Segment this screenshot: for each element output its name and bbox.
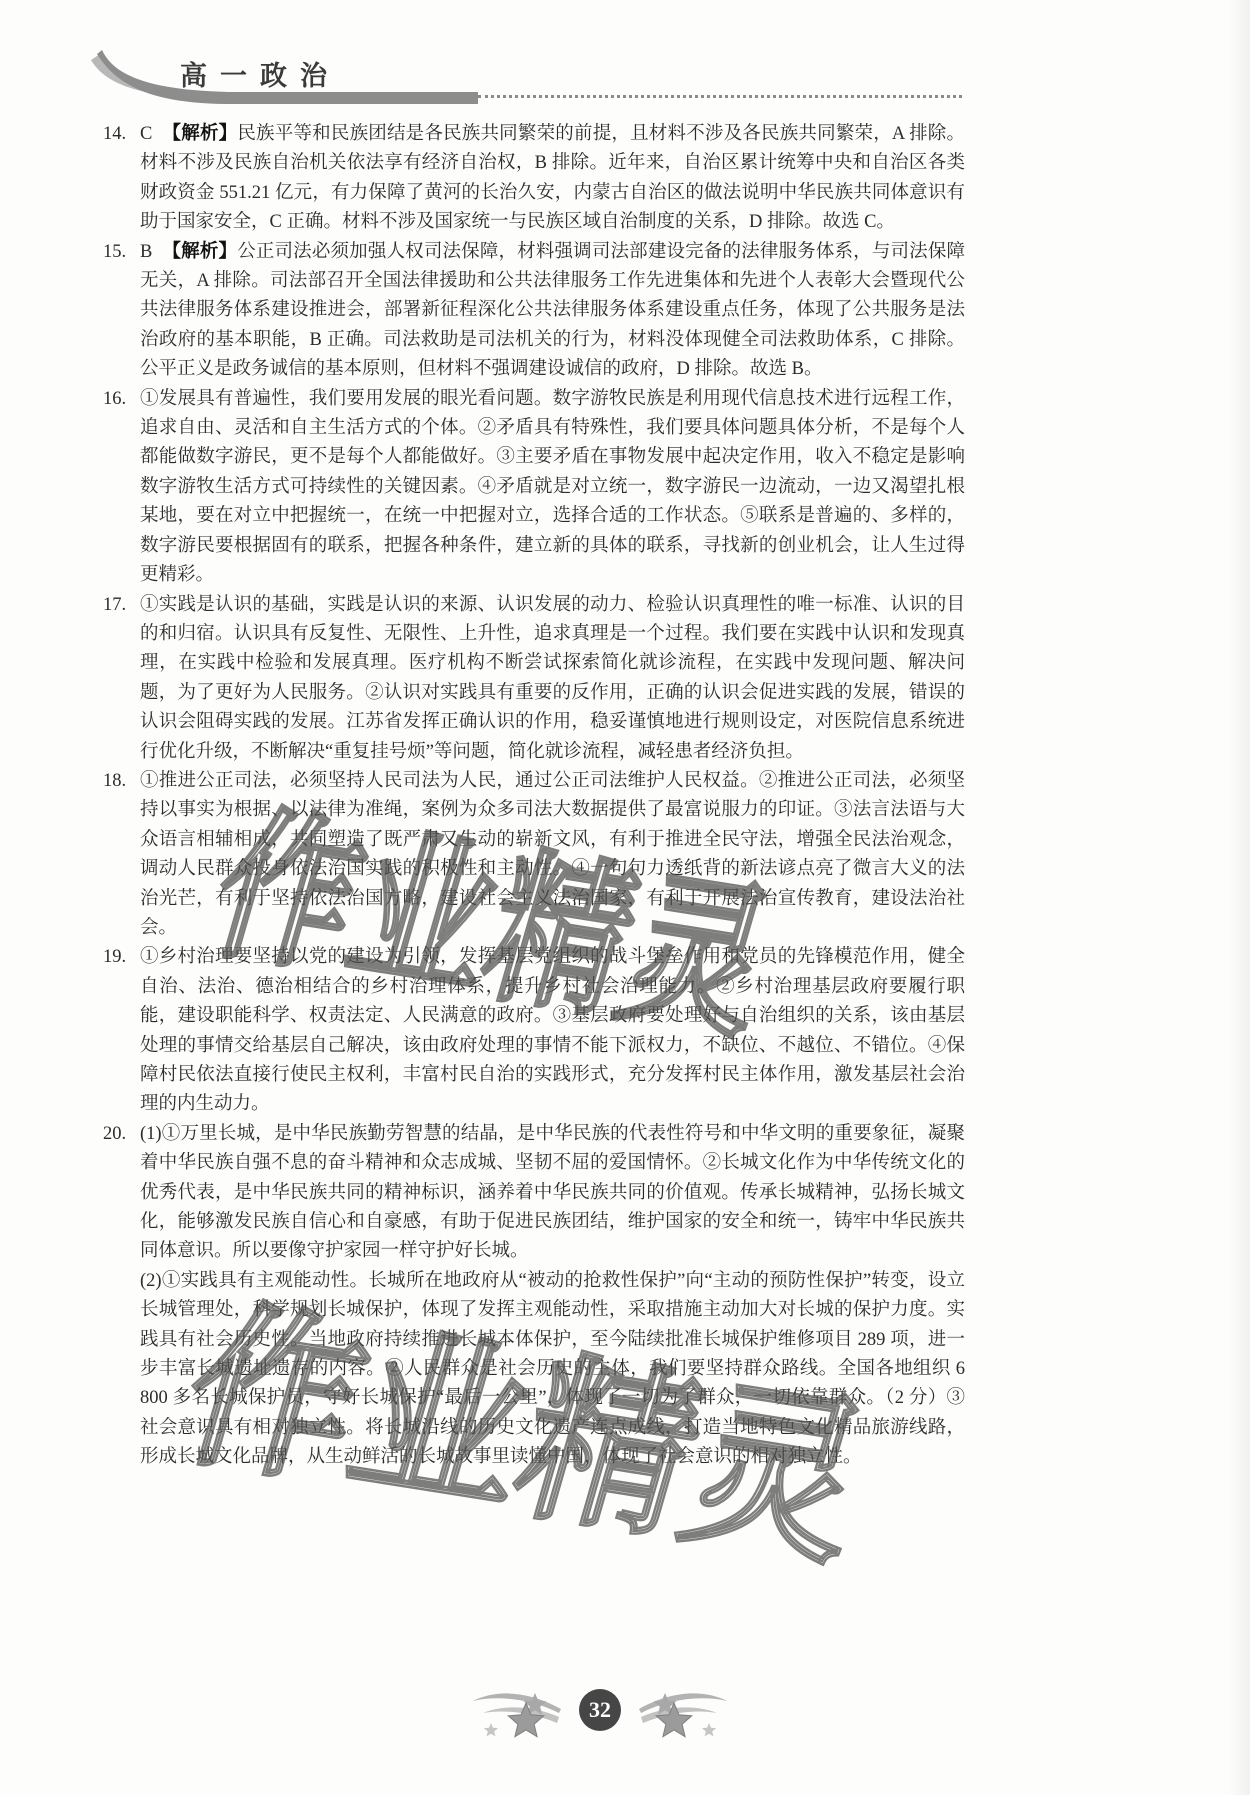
item-number: 18. <box>103 767 140 796</box>
page-footer: 32 <box>0 1664 1200 1756</box>
item-content: ①乡村治理要坚持以党的建设为引领，发挥基层党组织的战斗堡垒作用和党员的先锋模范作… <box>140 943 965 1119</box>
item-content: B【解析】公正司法必须加强人权司法保障，材料强调司法部建设完备的法律服务体系，与… <box>140 238 965 385</box>
item-number: 14. <box>103 120 140 149</box>
answer-item-14: 14. C【解析】民族平等和民族团结是各民族共同繁荣的前提，且材料不涉及各民族共… <box>103 120 965 238</box>
page-number-badge: 32 <box>579 1689 621 1731</box>
item-number: 19. <box>103 943 140 972</box>
item-content: ①发展具有普遍性，我们要用发展的眼光看问题。数字游牧民族是利用现代信息技术进行远… <box>140 385 965 591</box>
answer-item-20: 20. (1)①万里长城，是中华民族勤劳智慧的结晶，是中华民族的代表性符号和中华… <box>103 1120 965 1473</box>
analysis-text: ①乡村治理要坚持以党的建设为引领，发挥基层党组织的战斗堡垒作用和党员的先锋模范作… <box>140 947 965 1114</box>
answer-part-1: (1)①万里长城，是中华民族勤劳智慧的结晶，是中华民族的代表性符号和中华文明的重… <box>140 1120 965 1267</box>
analysis-text: 公正司法必须加强人权司法保障，材料强调司法部建设完备的法律服务体系，与司法保障无… <box>140 242 965 380</box>
analysis-text: ①推进公正司法，必须坚持人民司法为人民，通过公正司法维护人民权益。②推进公正司法… <box>140 771 965 938</box>
answer-item-19: 19. ①乡村治理要坚持以党的建设为引领，发挥基层党组织的战斗堡垒作用和党员的先… <box>103 943 965 1119</box>
answer-item-18: 18. ①推进公正司法，必须坚持人民司法为人民，通过公正司法维护人民权益。②推进… <box>103 767 965 943</box>
item-content: ①实践是认识的基础，实践是认识的来源、认识发展的动力、检验认识真理性的唯一标准、… <box>140 591 965 767</box>
analysis-text: 民族平等和民族团结是各民族共同繁荣的前提，且材料不涉及各民族共同繁荣，A 排除。… <box>140 124 965 232</box>
scan-edge-shading <box>1228 0 1250 1795</box>
star-decoration-icon <box>469 1679 569 1741</box>
item-number: 20. <box>103 1120 140 1149</box>
page-header: 高一政治 <box>0 0 1250 120</box>
answer-item-15: 15. B【解析】公正司法必须加强人权司法保障，材料强调司法部建设完备的法律服务… <box>103 238 965 385</box>
answer-item-16: 16. ①发展具有普遍性，我们要用发展的眼光看问题。数字游牧民族是利用现代信息技… <box>103 385 965 591</box>
star-decoration-icon <box>631 1679 731 1741</box>
analysis-text: ①发展具有普遍性，我们要用发展的眼光看问题。数字游牧民族是利用现代信息技术进行远… <box>140 389 965 585</box>
item-content: C【解析】民族平等和民族团结是各民族共同繁荣的前提，且材料不涉及各民族共同繁荣，… <box>140 120 965 238</box>
answer-sheet: 14. C【解析】民族平等和民族团结是各民族共同繁荣的前提，且材料不涉及各民族共… <box>103 120 965 1473</box>
item-content: ①推进公正司法，必须坚持人民司法为人民，通过公正司法维护人民权益。②推进公正司法… <box>140 767 965 943</box>
analysis-text: ①实践是认识的基础，实践是认识的来源、认识发展的动力、检验认识真理性的唯一标准、… <box>140 595 965 762</box>
answer-item-17: 17. ①实践是认识的基础，实践是认识的来源、认识发展的动力、检验认识真理性的唯… <box>103 591 965 767</box>
item-number: 17. <box>103 591 140 620</box>
item-number: 16. <box>103 385 140 414</box>
analysis-label: 【解析】 <box>162 242 237 262</box>
page-title: 高一政治 <box>180 54 340 93</box>
answer-part-2: (2)①实践具有主观能动性。长城所在地政府从“被动的抢救性保护”向“主动的预防性… <box>140 1267 965 1473</box>
item-content: (1)①万里长城，是中华民族勤劳智慧的结晶，是中华民族的代表性符号和中华文明的重… <box>140 1120 965 1473</box>
answer-letter: B <box>140 242 152 262</box>
item-number: 15. <box>103 238 140 267</box>
analysis-label: 【解析】 <box>162 124 237 144</box>
answer-letter: C <box>140 124 152 144</box>
header-dotted-divider <box>478 95 962 98</box>
